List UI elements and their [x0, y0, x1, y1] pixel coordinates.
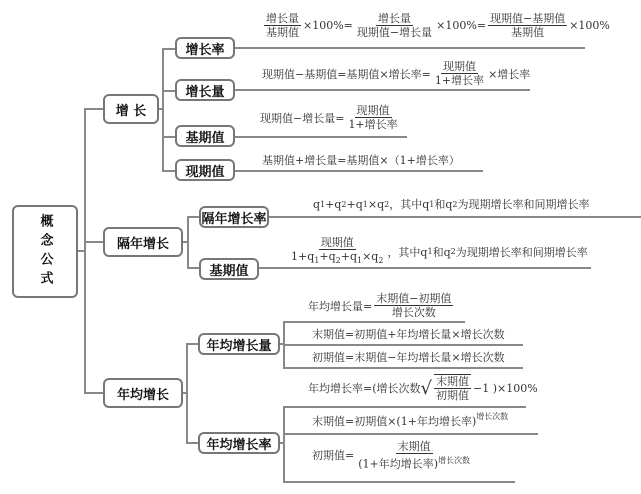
connector [84, 392, 104, 394]
branch-label: 年均增长 [117, 384, 169, 403]
formula-underline [259, 267, 591, 269]
formula-end-value-rate: 末期值=初期值×(1+年均增长率)增长次数 [312, 413, 508, 429]
formula-underline [283, 433, 538, 435]
node-annual-avg-rate[interactable]: 年均增长率 [198, 432, 280, 454]
connector [283, 406, 285, 482]
branch-biennial-growth[interactable]: 隔年增长 [103, 227, 183, 257]
formula-underline [283, 406, 526, 408]
formula-underline [269, 216, 641, 218]
branch-label: 增 长 [116, 100, 147, 119]
root-node[interactable]: 概念公式 [12, 205, 78, 298]
formula-underline [235, 89, 530, 91]
formula-annual-avg-rate: 年均增长率=(增长次数 √ 末期值初期值 −1 )×100% [308, 374, 538, 402]
formula-current-value: 基期值+增长量=基期值×（1+增长率） [262, 152, 460, 168]
formula-underline [235, 170, 483, 172]
connector [84, 108, 86, 393]
connector [162, 48, 164, 172]
formula-underline [283, 367, 523, 369]
node-growth-amount[interactable]: 增长量 [175, 79, 235, 101]
formula-underline [283, 481, 515, 483]
formula-initial-value-amount: 初期值=末期值−年均增长量×增长次数 [312, 349, 505, 365]
connector [162, 170, 176, 172]
formula-growth-rate: 增长量基期值 ×100%= 增长量现期值−增长量 ×100%= 现期值−基期值基… [262, 12, 610, 39]
node-label: 年均增长量 [206, 335, 271, 354]
branch-growth[interactable]: 增 长 [103, 94, 159, 124]
branch-label: 隔年增长 [117, 233, 169, 252]
formula-annual-avg-amount: 年均增长量= 末期值−初期值增长次数 [308, 292, 455, 319]
connector [84, 241, 104, 243]
root-label: 概念公式 [36, 214, 55, 290]
formula-growth-amount: 现期值−基期值=基期值×增长率= 现期值1+增长率 ×增长率 [262, 60, 530, 87]
formula-underline [283, 344, 523, 346]
formula-underline [283, 321, 465, 323]
formula-biennial-rate: q1+q2+q1×q2 ，其中q1和q2为现期增长率和间期增长率 [313, 196, 590, 212]
branch-annual-avg-growth[interactable]: 年均增长 [103, 378, 183, 408]
formula-base-value: 现期值−增长量= 现期值1+增长率 [260, 104, 402, 131]
connector [186, 343, 188, 443]
connector [162, 136, 176, 138]
node-label: 增长量 [185, 81, 224, 100]
connector [162, 90, 176, 92]
node-label: 现期值 [185, 161, 224, 180]
node-label: 隔年增长率 [201, 208, 266, 227]
connector [162, 48, 176, 50]
node-biennial-base[interactable]: 基期值 [199, 258, 259, 280]
connector [84, 108, 104, 110]
node-annual-avg-amount[interactable]: 年均增长量 [198, 333, 280, 355]
node-base-value[interactable]: 基期值 [175, 125, 235, 147]
formula-underline [235, 47, 585, 49]
connector [187, 216, 189, 268]
node-growth-rate[interactable]: 增长率 [175, 37, 235, 59]
node-current-value[interactable]: 现期值 [175, 159, 235, 181]
formula-biennial-base: 现期值1+q1+q2+q1×q2 ，其中q1和q2为现期增长率和间期增长率 [287, 236, 588, 267]
node-label: 增长率 [185, 39, 224, 58]
node-label: 基期值 [185, 127, 224, 146]
node-biennial-rate[interactable]: 隔年增长率 [199, 206, 269, 228]
node-label: 年均增长率 [206, 434, 271, 453]
node-label: 基期值 [209, 260, 248, 279]
formula-underline [235, 136, 407, 138]
formula-end-value-amount: 末期值=初期值+年均增长量×增长次数 [312, 326, 505, 342]
formula-initial-value-rate: 初期值= 末期值(1+年均增长率)增长次数 [312, 440, 474, 471]
